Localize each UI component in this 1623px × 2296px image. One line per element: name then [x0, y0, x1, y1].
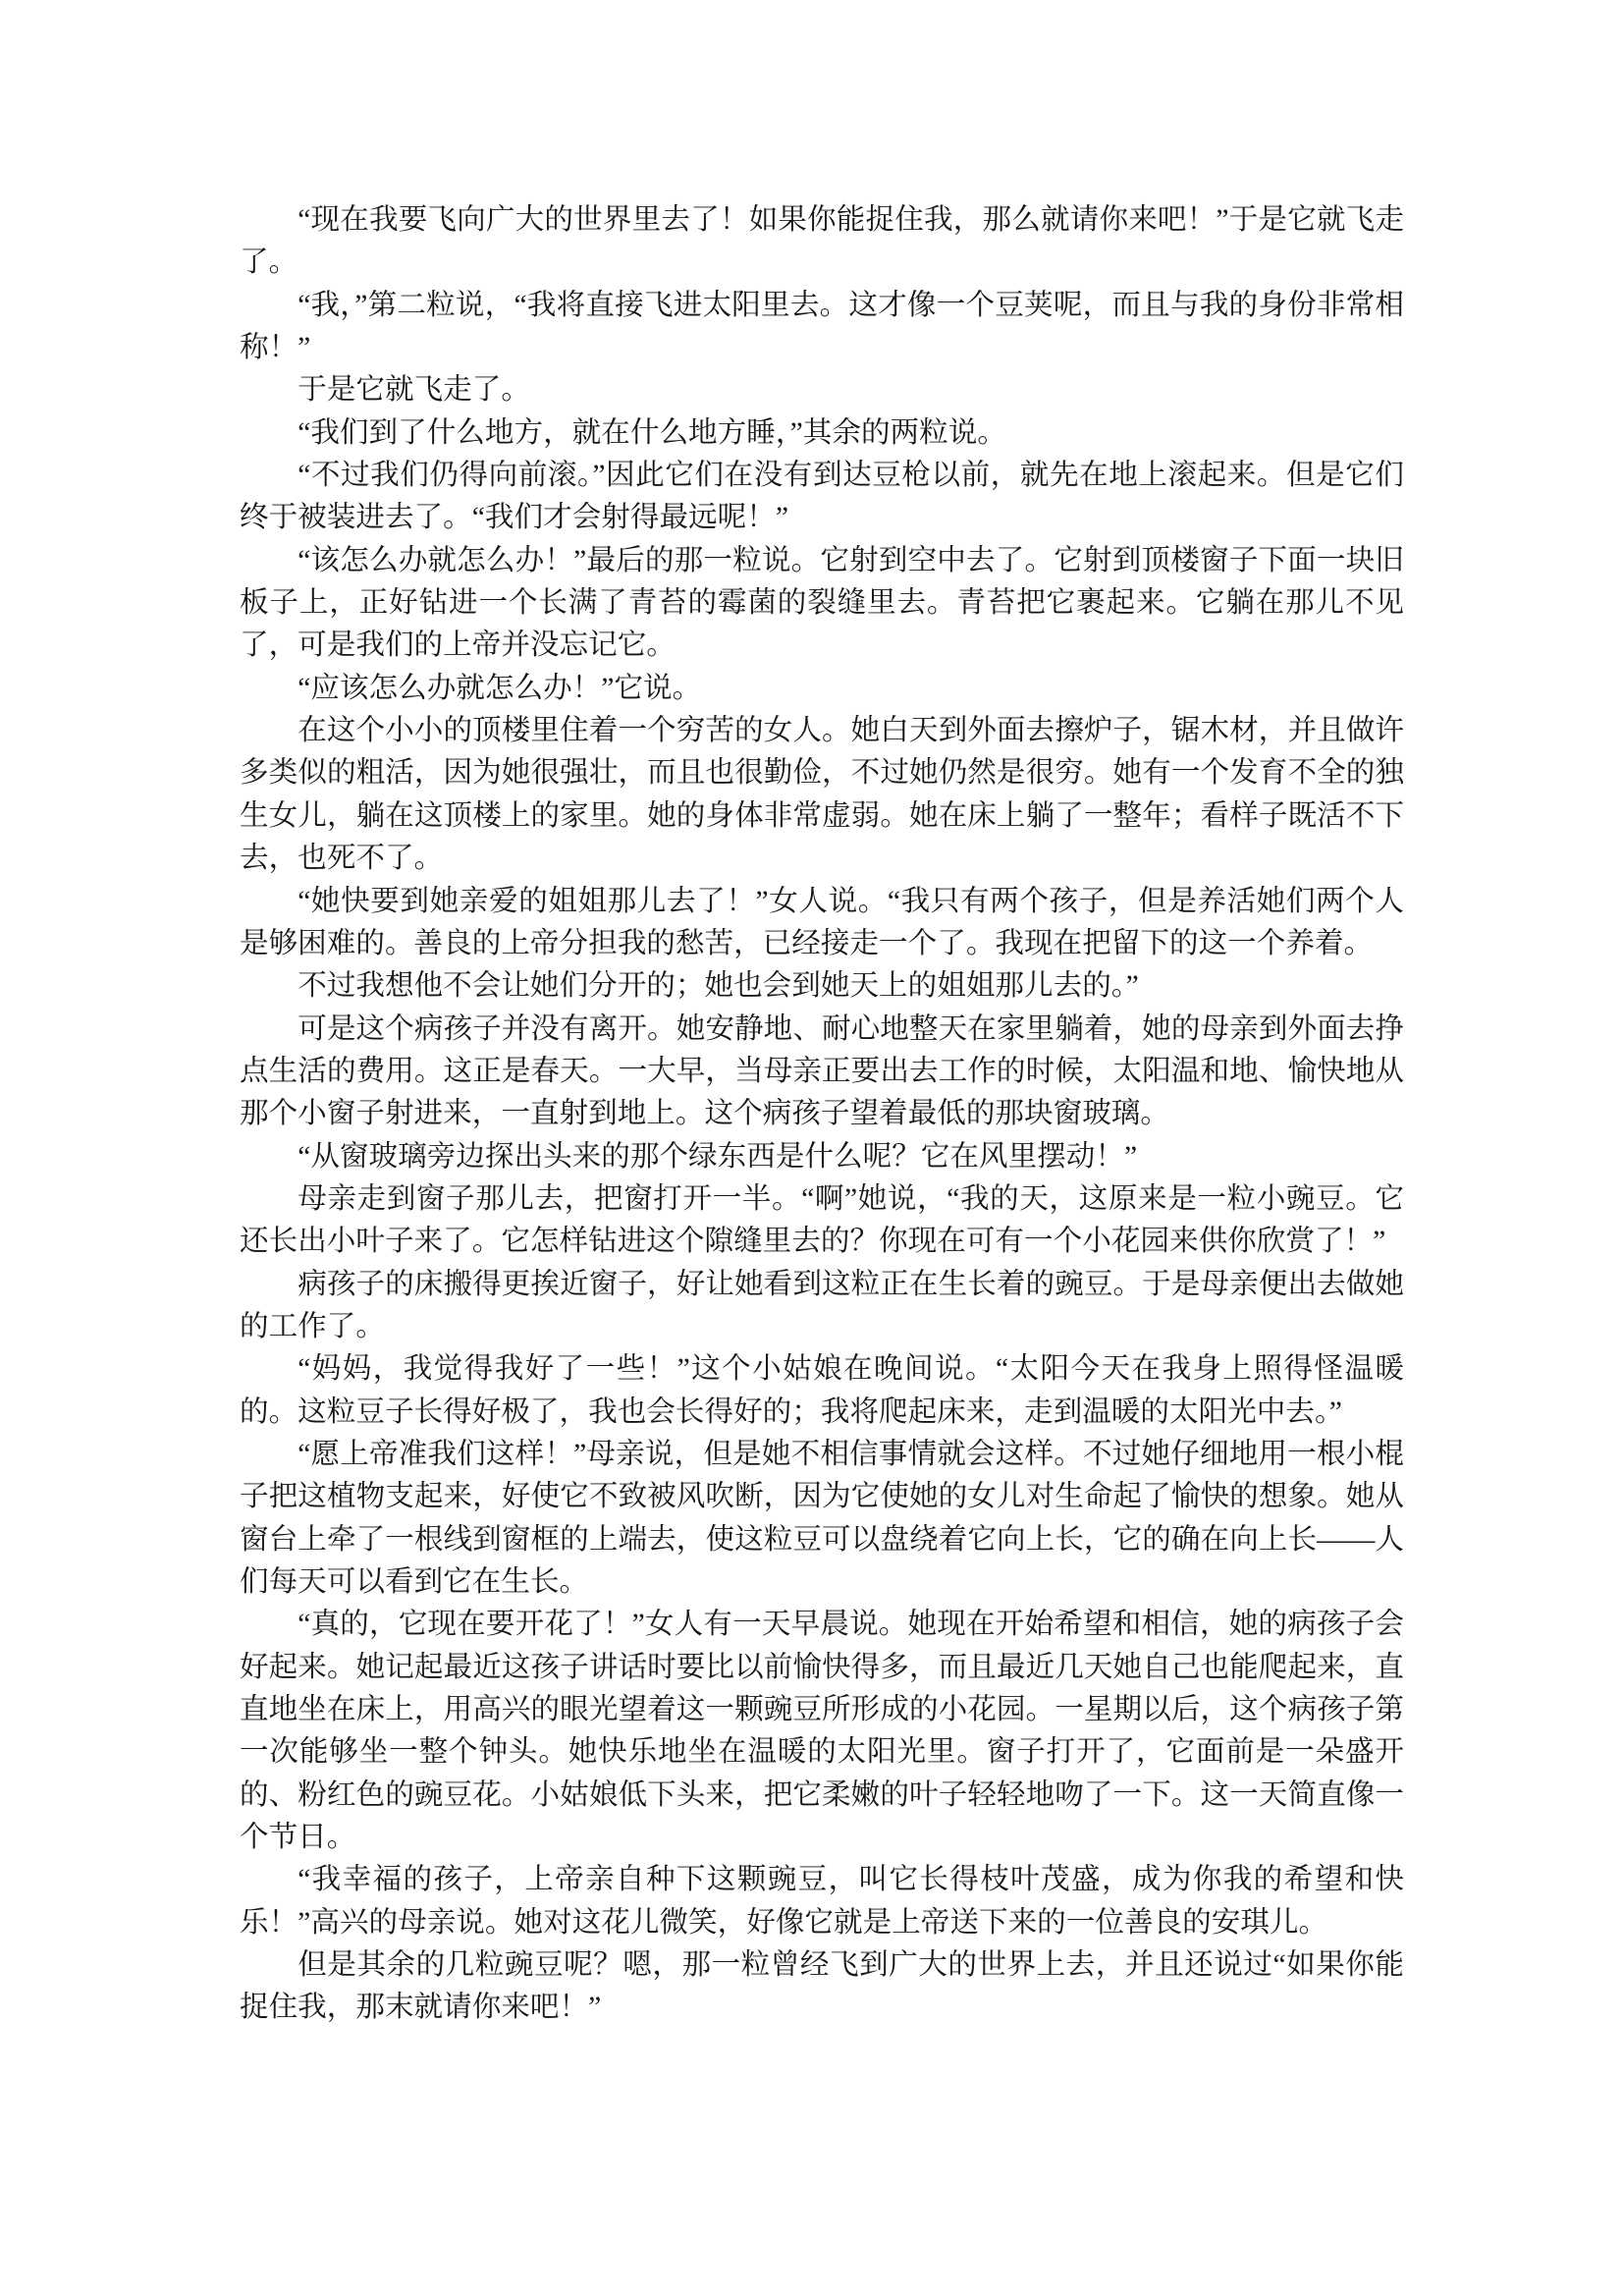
- paragraph: “我们到了什么地方，就在什么地方睡，”其余的两粒说。: [240, 412, 1404, 455]
- paragraph: “我，”第二粒说，“我将直接飞进太阳里去。这才像一个豆荚呢，而且与我的身份非常相…: [240, 285, 1404, 370]
- document-page: “现在我要飞向广大的世界里去了！如果你能捉住我，那么就请你来吧！”于是它就飞走了…: [0, 0, 1623, 2296]
- story-text: “现在我要飞向广大的世界里去了！如果你能捉住我，那么就请你来吧！”于是它就飞走了…: [240, 199, 1404, 2030]
- paragraph: “不过我们仍得向前滚。”因此它们在没有到达豆枪以前，就先在地上滚起来。但是它们终…: [240, 455, 1404, 540]
- paragraph: “妈妈，我觉得我好了一些！”这个小姑娘在晚间说。“太阳今天在我身上照得怪温暖的。…: [240, 1348, 1404, 1434]
- paragraph: 于是它就飞走了。: [240, 369, 1404, 411]
- paragraph: “愿上帝准我们这样！”母亲说，但是她不相信事情就会这样。不过她仔细地用一根小棍子…: [240, 1434, 1404, 1604]
- paragraph: 但是其余的几粒豌豆呢？嗯，那一粒曾经飞到广大的世界上去，并且还说过“如果你能捉住…: [240, 1944, 1404, 2030]
- paragraph: 病孩子的床搬得更挨近窗子，好让她看到这粒正在生长着的豌豆。于是母亲便出去做她的工…: [240, 1264, 1404, 1349]
- paragraph: “我幸福的孩子，上帝亲自种下这颗豌豆，叫它长得枝叶茂盛，成为你我的希望和快乐！”…: [240, 1859, 1404, 1944]
- paragraph: “该怎么办就怎么办！”最后的那一粒说。它射到空中去了。它射到顶楼窗子下面一块旧板…: [240, 540, 1404, 668]
- paragraph: “她快要到她亲爱的姐姐那儿去了！”女人说。“我只有两个孩子，但是养活她们两个人是…: [240, 881, 1404, 966]
- paragraph: 不过我想他不会让她们分开的；她也会到她天上的姐姐那儿去的。”: [240, 965, 1404, 1008]
- paragraph: “从窗玻璃旁边探出头来的那个绿东西是什么呢？它在风里摆动！”: [240, 1136, 1404, 1178]
- paragraph: 可是这个病孩子并没有离开。她安静地、耐心地整天在家里躺着，她的母亲到外面去挣点生…: [240, 1009, 1404, 1136]
- paragraph: “现在我要飞向广大的世界里去了！如果你能捉住我，那么就请你来吧！”于是它就飞走了…: [240, 199, 1404, 285]
- paragraph: “真的，它现在要开花了！”女人有一天早晨说。她现在开始希望和相信，她的病孩子会好…: [240, 1604, 1404, 1859]
- paragraph: 母亲走到窗子那儿去，把窗打开一半。“啊”她说，“我的天，这原来是一粒小豌豆。它还…: [240, 1178, 1404, 1264]
- paragraph: “应该怎么办就怎么办！”它说。: [240, 668, 1404, 710]
- paragraph: 在这个小小的顶楼里住着一个穷苦的女人。她白天到外面去擦炉子，锯木材，并且做许多类…: [240, 710, 1404, 880]
